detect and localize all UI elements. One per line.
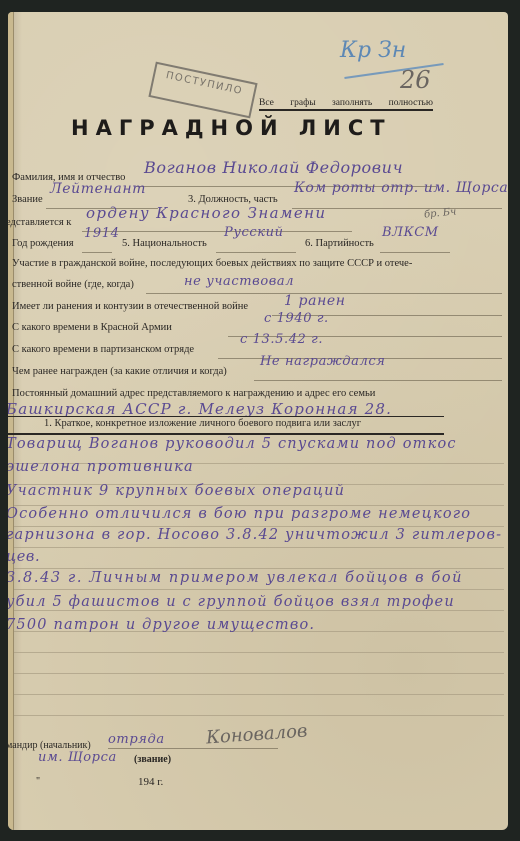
sheet-number: 26	[400, 66, 431, 94]
narrative-line: цев.	[8, 549, 40, 565]
birth-year-value: 1914	[84, 226, 119, 241]
party-label: 6. Партийность	[305, 238, 374, 249]
binding-strip	[8, 12, 14, 830]
date-year: 194 г.	[138, 776, 163, 788]
name-value: Воганов Николай Федорович	[144, 158, 403, 177]
narrative-line: Участник 9 крупных боевых операций	[8, 483, 345, 499]
awards-underline	[254, 380, 502, 381]
section1-heading-rule	[8, 433, 444, 435]
rank-value: Лейтенант	[50, 181, 146, 197]
commander-value-line2: им. Щорса	[38, 750, 117, 765]
birth-year-underline	[82, 252, 112, 253]
party-value: ВЛКСМ	[382, 225, 439, 240]
red-army-label: С какого времени в Красной Армии	[12, 322, 172, 333]
ruled-line	[14, 673, 504, 674]
narrative-line: Товарищ Воганов руководил 5 спусками под…	[8, 436, 457, 452]
civil-war-label-line2: ственной войне (где, когда)	[12, 279, 134, 290]
rank-label: Звание	[12, 194, 43, 205]
awards-label: Чем ранее награжден (за какие отличия и …	[12, 366, 227, 377]
address-underline	[8, 416, 444, 417]
narrative-line: Особенно отличился в бою при разгроме не…	[8, 506, 471, 522]
narrative-line: 3.8.43 г. Личным примером увлекал бойцов…	[8, 570, 463, 586]
date-quote: "	[36, 776, 40, 787]
section1-heading: 1. Краткое, конкретное изложение личного…	[44, 418, 361, 429]
received-stamp: ПОСТУПИЛО	[148, 62, 257, 119]
commander-value-line1: отряда	[108, 732, 165, 747]
narrative-line: эшелона противника	[8, 459, 194, 475]
civil-war-label-line1: Участие в гражданской войне, последующих…	[12, 258, 412, 269]
party-underline	[380, 252, 450, 253]
instruction-note: Все графы заполнять полностью	[259, 98, 433, 111]
ruled-line	[14, 547, 504, 548]
position-value: Ком роты отр. им. Щорса	[294, 180, 508, 196]
nationality-value: Русский	[224, 225, 284, 240]
page-title: НАГРАДНОЙ ЛИСТ	[71, 116, 392, 140]
wounds-label: Имеет ли ранения и контузии в отечествен…	[12, 301, 248, 312]
narrative-line: 7500 патрон и другое имущество.	[8, 617, 315, 633]
red-army-value: с 1940 г.	[264, 311, 329, 326]
blue-pencil-annotation: Кр Зн	[340, 38, 406, 63]
nationality-label: 5. Национальность	[122, 238, 207, 249]
commander-underline	[108, 748, 278, 749]
partisan-value: с 13.5.42 г.	[240, 332, 323, 347]
ruled-line	[14, 652, 504, 653]
nominated-label: едставляется к	[8, 217, 71, 228]
nominated-underline	[82, 231, 352, 232]
rank-caption: (звание)	[134, 754, 171, 765]
position-note: бр. Бч	[424, 206, 457, 220]
birth-year-label: Год рождения	[12, 238, 74, 249]
address-label: Постоянный домашний адрес представляемог…	[12, 388, 375, 399]
nationality-underline	[216, 252, 296, 253]
ruled-line	[14, 610, 504, 611]
narrative-line: гарнизона в гор. Носово 3.8.42 уничтожил…	[8, 527, 502, 543]
nominated-value: ордену Красного Знамени	[86, 204, 326, 222]
civil-war-value: не участвовал	[184, 274, 294, 289]
commander-signature: Коновалов	[205, 720, 308, 748]
partisan-label: С какого времени в партизанском отряде	[12, 344, 194, 355]
ruled-line	[14, 589, 504, 590]
stamp-text: ПОСТУПИЛО	[165, 70, 244, 97]
wounds-value: 1 ранен	[284, 293, 346, 309]
narrative-line: убил 5 фашистов и с группой бойцов взял …	[8, 594, 455, 610]
ruled-line	[14, 568, 504, 569]
awards-value: Не награждался	[260, 354, 385, 369]
ruled-line	[14, 715, 504, 716]
ruled-line	[14, 694, 504, 695]
award-sheet-page: Кр Зн 26 ПОСТУПИЛО Все графы заполнять п…	[8, 12, 508, 830]
